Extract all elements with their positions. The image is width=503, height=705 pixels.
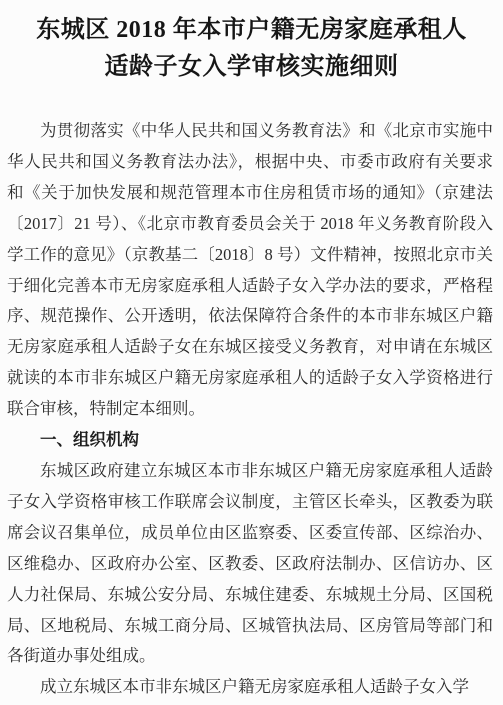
paragraph-organization-structure: 东城区政府建立东城区本市非东城区户籍无房家庭承租人适龄子女入学资格审核工作联席会… — [7, 456, 493, 672]
document-page: 东城区 2018 年本市户籍无房家庭承租人 适龄子女入学审核实施细则 为贯彻落实… — [0, 0, 503, 705]
paragraph-establish-partial: 成立东城区本市非东城区户籍无房家庭承租人适龄子女入学 — [7, 672, 493, 703]
paragraph-intro: 为贯彻落实《中华人民共和国义务教育法》和《北京市实施中华人民共和国义务教育法办法… — [7, 116, 493, 425]
title-line-1: 东城区 2018 年本市户籍无房家庭承租人 — [0, 12, 503, 49]
title-line-2: 适龄子女入学审核实施细则 — [0, 49, 503, 86]
document-title: 东城区 2018 年本市户籍无房家庭承租人 适龄子女入学审核实施细则 — [0, 0, 503, 86]
section-heading-organization: 一、组织机构 — [7, 425, 493, 456]
document-body: 为贯彻落实《中华人民共和国义务教育法》和《北京市实施中华人民共和国义务教育法办法… — [0, 116, 503, 703]
